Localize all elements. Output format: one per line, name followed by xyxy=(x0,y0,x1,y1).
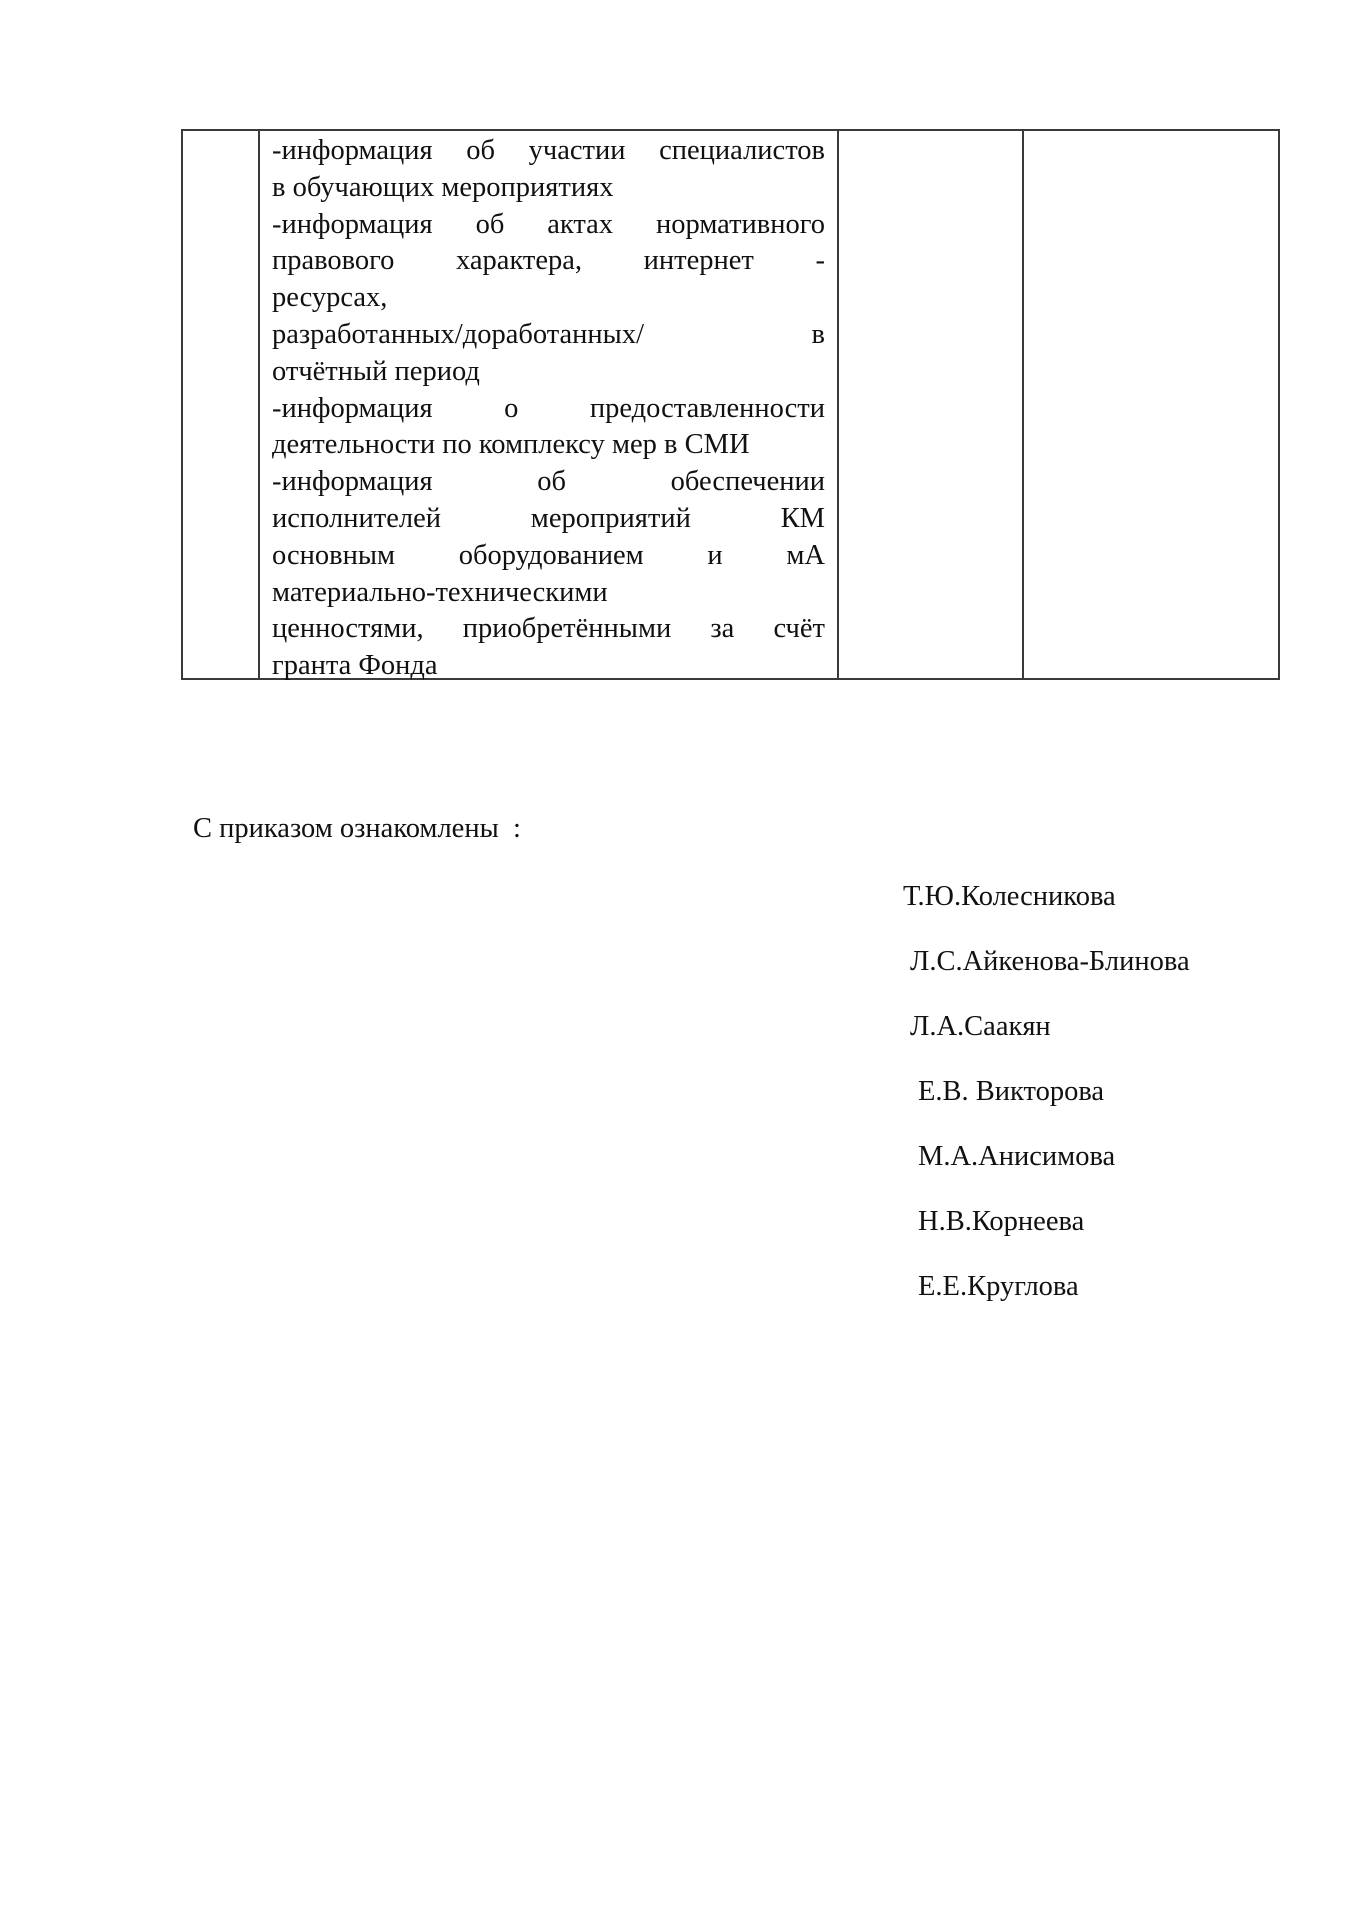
content-line: в обучающих мероприятиях xyxy=(272,170,825,207)
content-line: -информация об обеспечении xyxy=(272,464,825,501)
content-line: -информация об участии специалистов xyxy=(272,133,825,170)
signer-name: Н.В.Корнеева xyxy=(918,1204,1084,1240)
row-column4-cell xyxy=(1023,130,1279,679)
row-column3-cell xyxy=(838,130,1023,679)
row-number-cell xyxy=(182,130,259,679)
acknowledgement-label: С приказом ознакомлены : xyxy=(193,811,521,847)
content-line: деятельности по комплексу мер в СМИ xyxy=(272,427,825,464)
content-line: -информация о предоставленности xyxy=(272,391,825,428)
content-line: разработанных/доработанных/ в xyxy=(272,317,825,354)
content-line: ресурсах, xyxy=(272,280,825,317)
row-content: -информация об участии специалистов в об… xyxy=(260,131,837,678)
content-line: основным оборудованием и мА xyxy=(272,538,825,575)
content-line: ценностями, приобретёнными за счёт xyxy=(272,611,825,648)
signer-name: Е.В. Викторова xyxy=(918,1074,1104,1110)
row-content-cell: -информация об участии специалистов в об… xyxy=(259,130,838,679)
measures-table: -информация об участии специалистов в об… xyxy=(181,129,1280,680)
signer-name: Л.С.Айкенова-Блинова xyxy=(910,944,1190,980)
signer-name: Л.А.Саакян xyxy=(910,1009,1051,1045)
table-row: -информация об участии специалистов в об… xyxy=(182,130,1279,679)
signer-name: М.А.Анисимова xyxy=(918,1139,1115,1175)
content-line: -информация об актах нормативного xyxy=(272,207,825,244)
content-line: правового характера, интернет - xyxy=(272,243,825,280)
content-line: гранта Фонда xyxy=(272,648,825,685)
signer-name: Е.Е.Круглова xyxy=(918,1269,1079,1305)
content-line: отчётный период xyxy=(272,354,825,391)
content-line: материально-техническими xyxy=(272,575,825,612)
signer-name: Т.Ю.Колесникова xyxy=(903,879,1116,915)
content-line: исполнителей мероприятий КМ xyxy=(272,501,825,538)
